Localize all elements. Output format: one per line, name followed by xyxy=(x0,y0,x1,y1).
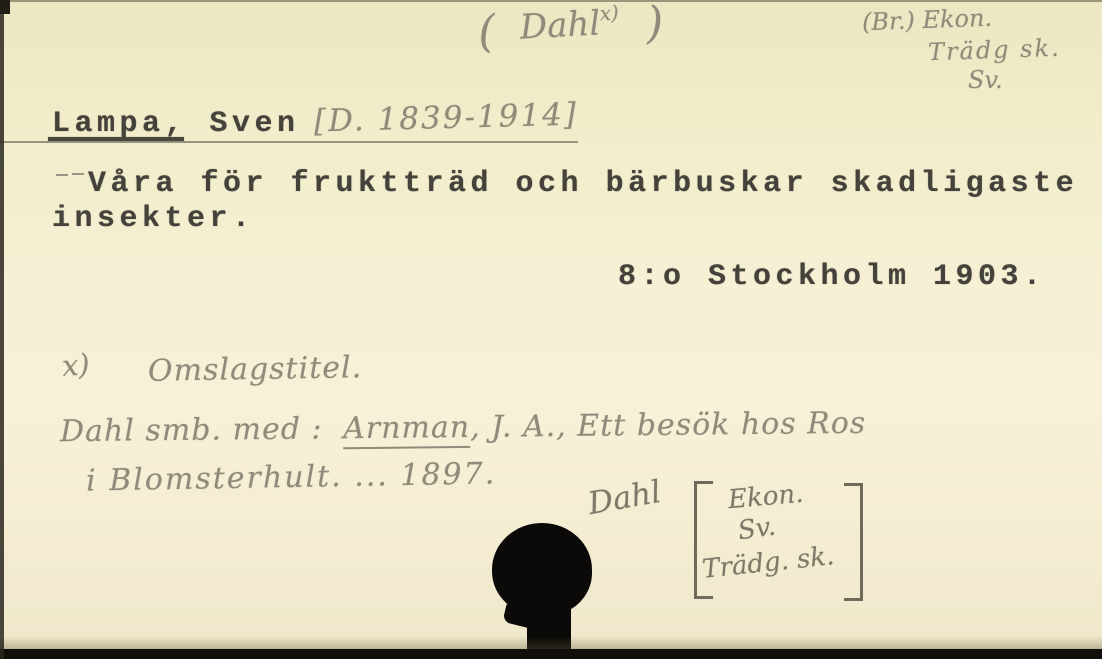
top-center-annotation: ( Dahlx) ) xyxy=(477,0,665,58)
note-lead: Dahl smb. med : xyxy=(60,411,323,449)
classification-line-1: (Br.) Ekon. xyxy=(862,4,993,37)
pencil-mark xyxy=(72,173,84,175)
catalog-card: ( Dahlx) ) (Br.) Ekon. Trädg sk. Sv. Lam… xyxy=(0,0,1102,659)
open-paren: ( xyxy=(477,6,497,58)
imprint: 8:o Stockholm 1903. xyxy=(618,260,1046,294)
bracket-line-1: Ekon. xyxy=(727,479,805,515)
heading-rule-line xyxy=(0,141,578,143)
bottom-right-name: Dahl xyxy=(585,474,663,522)
note-rest: , J. A., Ett besök hos Ros xyxy=(470,406,867,445)
author-dates: [D. 1839-1914] xyxy=(314,97,579,140)
footnote-marker: x) xyxy=(61,347,91,383)
right-bracket xyxy=(844,483,863,601)
title-line-1: Våra för fruktträd och bärbuskar skadlig… xyxy=(88,167,1078,201)
note-line-2: i Blomsterhult. ... 1897. xyxy=(86,456,497,498)
annotation-name: Dahl xyxy=(519,3,601,47)
card-bottom-shadow xyxy=(0,636,1102,649)
title-line-2: insekter. xyxy=(52,202,255,236)
bracket-line-3: Trädg. sk. xyxy=(701,541,836,585)
scan-corner-smudge xyxy=(0,0,10,14)
footnote-text: Omslagstitel. xyxy=(148,350,363,389)
classification-line-2: Trädg sk. xyxy=(928,34,1062,67)
classification-line-3: Sv. xyxy=(968,66,1003,94)
author-heading: Lampa, Sven xyxy=(52,107,300,141)
footnote-marker-superscript: x) xyxy=(599,0,619,25)
note-author-underlined: Arnman xyxy=(343,410,470,449)
close-paren: ) xyxy=(645,0,665,49)
scan-edge-bottom xyxy=(0,649,1102,659)
scan-edge-top xyxy=(0,0,1102,2)
bracket-line-2: Sv. xyxy=(736,512,777,547)
pencil-mark xyxy=(56,174,68,176)
note-line-1: Dahl smb. med : Arnman, J. A., Ett besök… xyxy=(60,406,867,449)
scan-edge-left xyxy=(0,0,4,659)
